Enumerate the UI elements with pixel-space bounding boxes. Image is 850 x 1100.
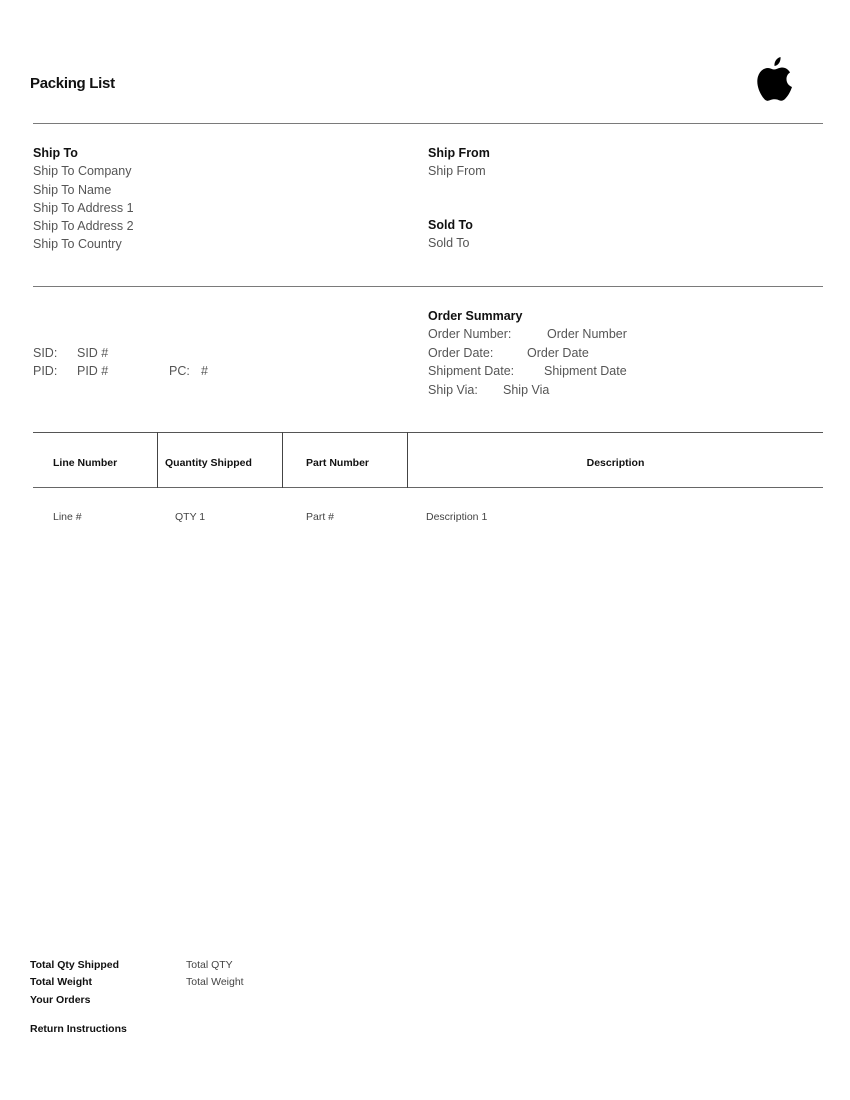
your-orders-label: Your Orders bbox=[30, 994, 91, 1006]
column-header-line-number: Line Number bbox=[53, 457, 117, 469]
order-summary-section: Order Summary bbox=[428, 307, 522, 325]
table-top-border bbox=[33, 432, 823, 433]
order-number-value: Order Number bbox=[547, 325, 627, 343]
column-header-description: Description bbox=[408, 457, 823, 469]
ship-to-company: Ship To Company bbox=[33, 162, 134, 180]
pid-value: PID # bbox=[77, 362, 108, 380]
ship-via-value: Ship Via bbox=[503, 381, 549, 399]
ship-to-heading: Ship To bbox=[33, 144, 134, 162]
order-summary-heading: Order Summary bbox=[428, 307, 522, 325]
ship-from-value: Ship From bbox=[428, 162, 490, 180]
ship-to-address-1: Ship To Address 1 bbox=[33, 199, 134, 217]
pid-label: PID: bbox=[33, 362, 57, 380]
page-title: Packing List bbox=[30, 75, 115, 92]
cell-line-number: Line # bbox=[53, 511, 82, 523]
address-divider bbox=[33, 286, 823, 287]
apple-logo-icon bbox=[755, 56, 793, 102]
order-number-label: Order Number: bbox=[428, 325, 511, 343]
sold-to-heading: Sold To bbox=[428, 216, 473, 234]
total-qty-value: Total QTY bbox=[186, 959, 233, 971]
pc-value: # bbox=[201, 362, 208, 380]
ship-to-address-2: Ship To Address 2 bbox=[33, 217, 134, 235]
ship-via-label: Ship Via: bbox=[428, 381, 478, 399]
ship-from-heading: Ship From bbox=[428, 144, 490, 162]
header-divider bbox=[33, 123, 823, 124]
cell-part-number: Part # bbox=[306, 511, 334, 523]
ship-to-country: Ship To Country bbox=[33, 235, 134, 253]
ship-to-section: Ship To Ship To Company Ship To Name Shi… bbox=[33, 144, 134, 254]
cell-quantity-shipped: QTY 1 bbox=[175, 511, 205, 523]
sid-label: SID: bbox=[33, 344, 57, 362]
return-instructions-label: Return Instructions bbox=[30, 1023, 127, 1035]
column-divider bbox=[282, 432, 283, 488]
sold-to-section: Sold To Sold To bbox=[428, 216, 473, 253]
ship-from-section: Ship From Ship From bbox=[428, 144, 490, 181]
total-weight-value: Total Weight bbox=[186, 976, 244, 988]
column-header-part-number: Part Number bbox=[306, 457, 369, 469]
shipment-date-label: Shipment Date: bbox=[428, 362, 514, 380]
column-divider bbox=[157, 432, 158, 488]
shipment-date-value: Shipment Date bbox=[544, 362, 627, 380]
order-date-value: Order Date bbox=[527, 344, 589, 362]
order-date-label: Order Date: bbox=[428, 344, 493, 362]
table-header-bottom-border bbox=[33, 487, 823, 488]
column-header-quantity-shipped: Quantity Shipped bbox=[165, 457, 252, 469]
ship-to-name: Ship To Name bbox=[33, 181, 134, 199]
cell-description: Description 1 bbox=[426, 511, 487, 523]
total-qty-label: Total Qty Shipped bbox=[30, 959, 119, 971]
sold-to-value: Sold To bbox=[428, 234, 473, 252]
total-weight-label: Total Weight bbox=[30, 976, 92, 988]
sid-value: SID # bbox=[77, 344, 108, 362]
pc-label: PC: bbox=[169, 362, 190, 380]
